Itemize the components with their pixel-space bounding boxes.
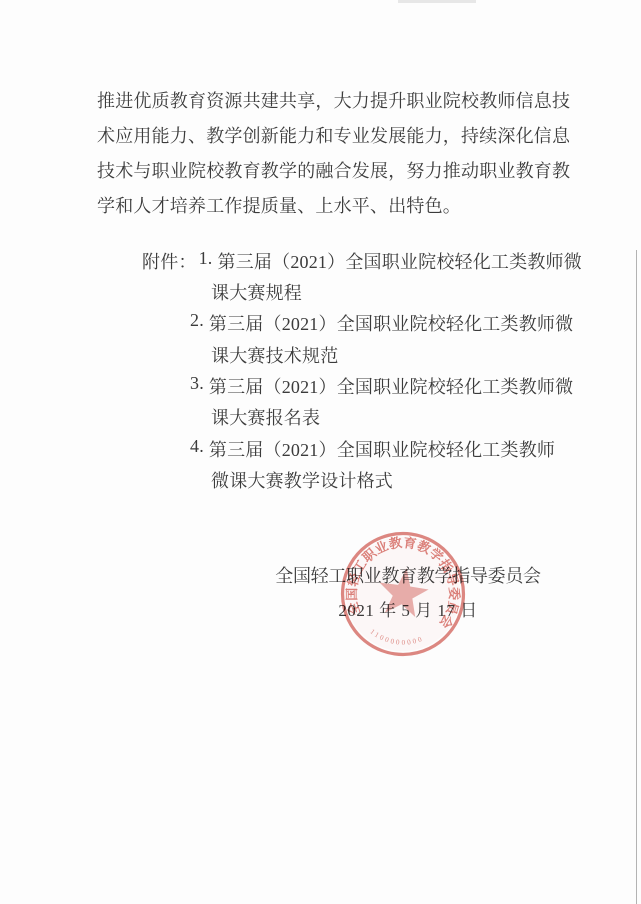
seal-ring — [338, 529, 468, 659]
attachment-item-2: 2. 第三届（2021）全国职业院校轻化工类教师微 — [190, 310, 573, 336]
scan-smudge-top — [398, 0, 476, 3]
attachment-number: 3. — [190, 373, 204, 399]
paragraph-line: 推进优质教育资源共建共享，大力提升职业院校教师信息技 — [97, 87, 570, 113]
attachment-item-3-cont: 课大赛报名表 — [211, 404, 320, 430]
attachment-item-3: 3. 第三届（2021）全国职业院校轻化工类教师微 — [190, 373, 573, 399]
attachment-number: 4. — [190, 436, 204, 462]
paragraph-line: 术应用能力、教学创新能力和专业发展能力，持续深化信息 — [97, 122, 570, 148]
attachment-text: 第三届（2021）全国职业院校轻化工类教师微 — [209, 310, 573, 336]
paragraph-line: 技术与职业院校教育教学的融合发展，努力推动职业教育教 — [97, 157, 570, 183]
svg-text:1100000000: 1100000000 — [367, 627, 426, 650]
official-seal-stamp: 全国轻工职业教育教学指导委员会 1100000000 — [338, 529, 468, 659]
signature-date: 2021 年 5 月 17 日 — [338, 596, 477, 621]
attachment-item-4-cont: 微课大赛教学设计格式 — [211, 467, 393, 493]
attachment-item-1: 附件： 1. 第三届（2021）全国职业院校轻化工类教师微 — [142, 248, 582, 274]
document-page: 推进优质教育资源共建共享，大力提升职业院校教师信息技 术应用能力、教学创新能力和… — [0, 0, 641, 904]
attachment-text: 第三届（2021）全国职业院校轻化工类教师 — [209, 436, 555, 462]
attachment-item-1-cont: 课大赛规程 — [211, 279, 302, 305]
attachment-text: 第三届（2021）全国职业院校轻化工类教师微 — [218, 248, 582, 274]
signature-organization: 全国轻工职业教育教学指导委员会 — [275, 562, 541, 588]
attachment-item-4: 4. 第三届（2021）全国职业院校轻化工类教师 — [190, 436, 555, 462]
seal-serial-number: 1100000000 — [367, 627, 426, 650]
attachment-text: 第三届（2021）全国职业院校轻化工类教师微 — [209, 373, 573, 399]
seal-tint — [338, 529, 467, 658]
attachment-number: 1. — [199, 248, 213, 274]
attachment-number: 2. — [190, 310, 204, 336]
paragraph-line: 学和人才培养工作提质量、上水平、出特色。 — [97, 192, 461, 218]
attachment-item-2-cont: 课大赛技术规范 — [211, 342, 338, 368]
scan-edge-line — [636, 250, 637, 904]
attachments-label: 附件： — [142, 248, 197, 274]
